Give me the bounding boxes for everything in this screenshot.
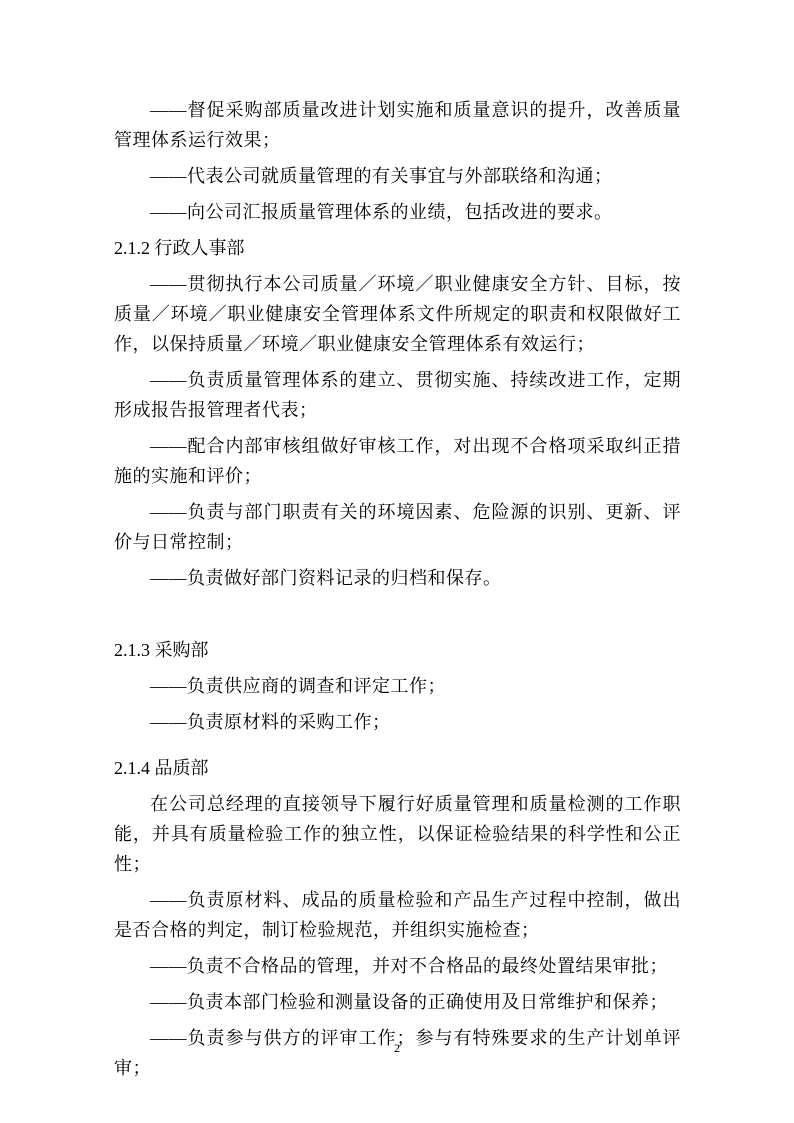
paragraph-supplier-evaluation: ——负责供应商的调查和评定工作； <box>114 671 681 701</box>
blank-line <box>114 599 681 629</box>
document-body: ——督促采购部质量改进计划实施和质量意识的提升，改善质量管理体系运行效果； ——… <box>114 95 681 1083</box>
paragraph-measuring-equipment: ——负责本部门检验和测量设备的正确使用及日常维护和保养； <box>114 987 681 1017</box>
paragraph-raw-material-purchase: ——负责原材料的采购工作； <box>114 707 681 737</box>
section-heading-2-1-3-purchasing: 2.1.3 采购部 <box>114 635 681 665</box>
paragraph-nonconforming-product: ——负责不合格品的管理，并对不合格品的最终处置结果审批； <box>114 951 681 981</box>
paragraph-external-liaison: ——代表公司就质量管理的有关事宜与外部联络和沟通； <box>114 161 681 191</box>
section-heading-2-1-2-admin-hr: 2.1.2 行政人事部 <box>114 233 681 263</box>
document-page: ——督促采购部质量改进计划实施和质量意识的提升，改善质量管理体系运行效果； ——… <box>0 0 794 1123</box>
page-number: 2 <box>0 1040 794 1056</box>
paragraph-quality-independence: 在公司总经理的直接领导下履行好质量管理和质量检测的工作职能，并具有质量检验工作的… <box>114 789 681 879</box>
paragraph-qms-establishment: ——负责质量管理体系的建立、贯彻实施、持续改进工作，定期形成报告报管理者代表； <box>114 365 681 425</box>
paragraph-internal-audit: ——配合内部审核组做好审核工作，对出现不合格项采取纠正措施的实施和评价； <box>114 431 681 491</box>
paragraph-inspection-control: ——负责原材料、成品的质量检验和产品生产过程中控制，做出是否合格的判定，制订检验… <box>114 885 681 945</box>
section-heading-2-1-4-quality: 2.1.4 品质部 <box>114 753 681 783</box>
paragraph-implement-policy: ——贯彻执行本公司质量／环境／职业健康安全方针、目标，按质量／环境／职业健康安全… <box>114 269 681 359</box>
paragraph-env-hazard-control: ——负责与部门职责有关的环境因素、危险源的识别、更新、评价与日常控制； <box>114 497 681 557</box>
paragraph-supervise-procurement: ——督促采购部质量改进计划实施和质量意识的提升，改善质量管理体系运行效果； <box>114 95 681 155</box>
paragraph-records-archiving: ——负责做好部门资料记录的归档和保存。 <box>114 563 681 593</box>
paragraph-report-performance: ——向公司汇报质量管理体系的业绩，包括改进的要求。 <box>114 197 681 227</box>
